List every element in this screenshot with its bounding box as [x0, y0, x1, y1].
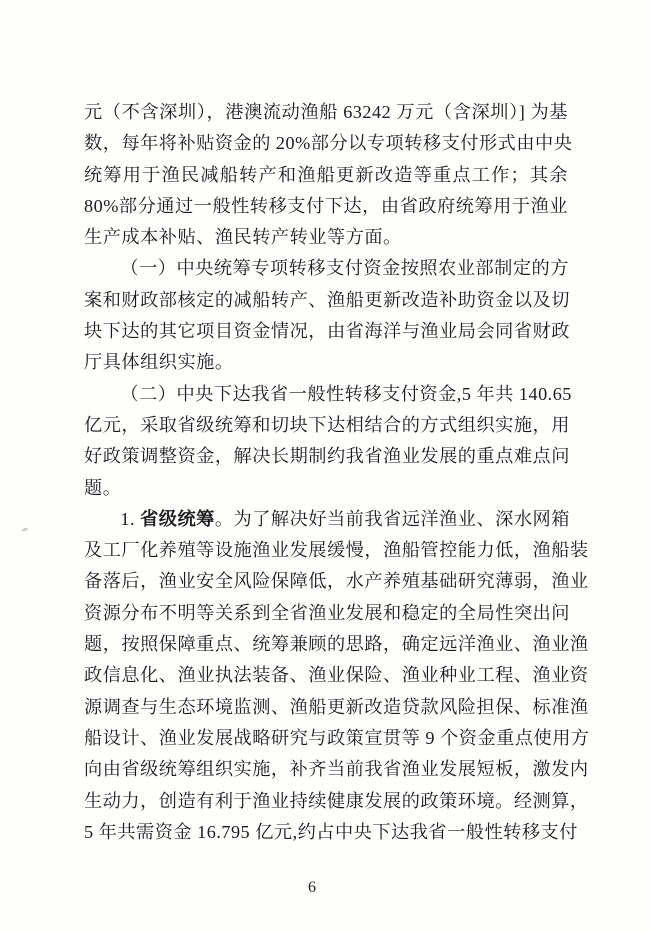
paragraph: 元（不含深圳），港澳流动渔船 63242 万元（含深圳）] 为基 数，每年将补贴…	[84, 97, 568, 253]
document-page: 元（不含深圳），港澳流动渔船 63242 万元（含深圳）] 为基 数，每年将补贴…	[0, 0, 650, 933]
paragraph: （二）中央下达我省一般性转移支付资金,5 年共 140.65 亿元，采取省级统筹…	[84, 379, 568, 504]
text-line: 政信息化、渔业执法装备、渔业保险、渔业种业工程、渔业资	[84, 660, 568, 691]
text-line: 生动力，创造有利于渔业持续健康发展的政策环境。经测算，	[84, 786, 568, 817]
text-line: 生产成本补贴、渔民转产转业等方面。	[84, 222, 568, 253]
text-line: 好政策调整资金，解决长期制约我省渔业发展的重点难点问	[84, 441, 568, 472]
text-line: 船设计、渔业发展战略研究与政策宣贯等 9 个资金重点使用方	[84, 723, 568, 754]
text-line: 资源分布不明等关系到全省渔业发展和稳定的全局性突出问	[84, 598, 568, 629]
text-line: 80%部分通过一般性转移支付下达，由省政府统筹用于渔业	[84, 191, 568, 222]
text-line: 源调查与生态环境监测、渔船更新改造贷款风险担保、标准渔	[84, 692, 568, 723]
text-line: （一）中央统筹专项转移支付资金按照农业部制定的方	[84, 253, 568, 284]
text-line: 1. 省级统筹。为了解决好当前我省远洋渔业、深水网箱	[84, 504, 568, 535]
scan-artifact	[22, 527, 29, 532]
page-body-text: 元（不含深圳），港澳流动渔船 63242 万元（含深圳）] 为基 数，每年将补贴…	[84, 97, 568, 848]
paragraph: 1. 省级统筹。为了解决好当前我省远洋渔业、深水网箱 及工厂化养殖等设施渔业发展…	[84, 504, 568, 848]
text-line: 亿元，采取省级统筹和切块下达相结合的方式组织实施，用	[84, 410, 568, 441]
section-heading: 省级统筹	[140, 509, 215, 529]
text-segment: 。为了解决好当前我省远洋渔业、深水网箱	[215, 509, 570, 529]
text-line: 题，按照保障重点、统筹兼顾的思路，确定远洋渔业、渔业渔	[84, 629, 568, 660]
text-line: 题。	[84, 473, 568, 504]
text-line: 及工厂化养殖等设施渔业发展缓慢，渔船管控能力低，渔船装	[84, 535, 568, 566]
list-number: 1.	[120, 509, 140, 529]
text-line: 案和财政部核定的减船转产、渔船更新改造补助资金以及切	[84, 285, 568, 316]
page-number: 6	[300, 879, 324, 897]
text-line: 向由省级统筹组织实施，补齐当前我省渔业发展短板，激发内	[84, 754, 568, 785]
text-line: 5 年共需资金 16.795 亿元,约占中央下达我省一般性转移支付	[84, 817, 568, 848]
text-line: 统筹用于渔民减船转产和渔船更新改造等重点工作；其余	[84, 160, 568, 191]
text-line: 厅具体组织实施。	[84, 347, 568, 378]
text-line: 元（不含深圳），港澳流动渔船 63242 万元（含深圳）] 为基	[84, 97, 568, 128]
text-line: （二）中央下达我省一般性转移支付资金,5 年共 140.65	[84, 379, 568, 410]
text-line: 备落后，渔业安全风险保障低，水产养殖基础研究薄弱，渔业	[84, 566, 568, 597]
text-line: 块下达的其它项目资金情况，由省海洋与渔业局会同省财政	[84, 316, 568, 347]
text-line: 数，每年将补贴资金的 20%部分以专项转移支付形式由中央	[84, 128, 568, 159]
paragraph: （一）中央统筹专项转移支付资金按照农业部制定的方 案和财政部核定的减船转产、渔船…	[84, 253, 568, 378]
